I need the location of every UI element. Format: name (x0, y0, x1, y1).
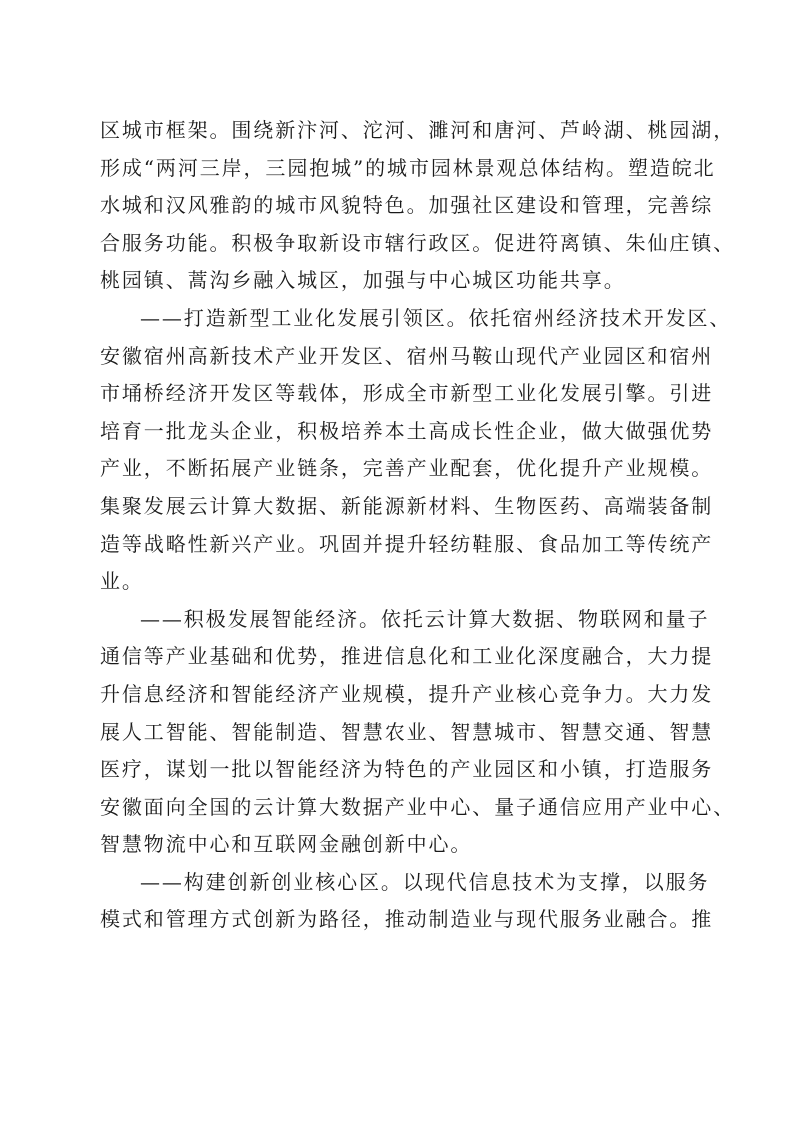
text-line: ——打造新型工业化发展引领区。依托宿州经济技术开发区、 (100, 300, 700, 338)
paragraph-innovation-zone: ——构建创新创业核心区。以现代信息技术为支撑，以服务 模式和管理方式创新为路径，… (100, 864, 700, 939)
text-line: 安徽宿州高新技术产业开发区、宿州马鞍山现代产业园区和宿州 (100, 338, 700, 376)
text-line: ——积极发展智能经济。依托云计算大数据、物联网和量子 (100, 601, 700, 639)
paragraph-smart-economy: ——积极发展智能经济。依托云计算大数据、物联网和量子 通信等产业基础和优势，推进… (100, 601, 700, 864)
text-line: 水城和汉风雅韵的城市风貌特色。加强社区建设和管理，完善综 (100, 187, 700, 225)
document-page: 区城市框架。围绕新汴河、沱河、濉河和唐河、芦岭湖、桃园湖， 形成“两河三岸，三园… (100, 112, 700, 939)
text-line: 形成“两河三岸，三园抱城”的城市园林景观总体结构。塑造皖北 (100, 150, 700, 188)
text-line: ——构建创新创业核心区。以现代信息技术为支撑，以服务 (100, 864, 700, 902)
text-line: 区城市框架。围绕新汴河、沱河、濉河和唐河、芦岭湖、桃园湖， (100, 112, 700, 150)
text-line: 模式和管理方式创新为路径，推动制造业与现代服务业融合。推 (100, 901, 700, 939)
text-line: 安徽面向全国的云计算大数据产业中心、量子通信应用产业中心、 (100, 789, 700, 827)
text-line: 合服务功能。积极争取新设市辖行政区。促进符离镇、朱仙庄镇、 (100, 225, 700, 263)
text-line: 业。 (100, 563, 700, 601)
text-line: 医疗，谋划一批以智能经济为特色的产业园区和小镇，打造服务 (100, 751, 700, 789)
text-line: 通信等产业基础和优势，推进信息化和工业化深度融合，大力提 (100, 638, 700, 676)
text-line: 展人工智能、智能制造、智慧农业、智慧城市、智慧交通、智慧 (100, 714, 700, 752)
text-line: 市埇桥经济开发区等载体，形成全市新型工业化发展引擎。引进 (100, 375, 700, 413)
text-line: 桃园镇、蒿沟乡融入城区，加强与中心城区功能共享。 (100, 262, 700, 300)
text-line: 智慧物流中心和互联网金融创新中心。 (100, 826, 700, 864)
text-line: 培育一批龙头企业，积极培养本土高成长性企业，做大做强优势 (100, 413, 700, 451)
text-line: 集聚发展云计算大数据、新能源新材料、生物医药、高端装备制 (100, 488, 700, 526)
text-line: 产业，不断拓展产业链条，完善产业配套，优化提升产业规模。 (100, 450, 700, 488)
text-line: 造等战略性新兴产业。巩固并提升轻纺鞋服、食品加工等传统产 (100, 526, 700, 564)
paragraph-urban-framework: 区城市框架。围绕新汴河、沱河、濉河和唐河、芦岭湖、桃园湖， 形成“两河三岸，三园… (100, 112, 700, 300)
paragraph-industrialization-zone: ——打造新型工业化发展引领区。依托宿州经济技术开发区、 安徽宿州高新技术产业开发… (100, 300, 700, 601)
text-line: 升信息经济和智能经济产业规模，提升产业核心竞争力。大力发 (100, 676, 700, 714)
